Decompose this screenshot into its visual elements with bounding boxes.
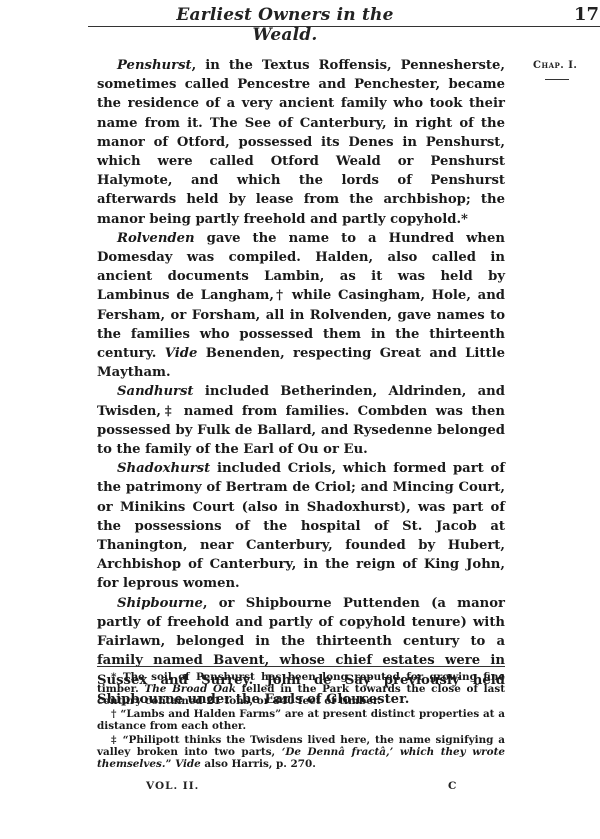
running-title: Earliest Owners in the Weald. xyxy=(150,5,420,45)
sheet-signature: C xyxy=(448,780,456,792)
paragraph-penshurst: Penshurst, in the Textus Roffensis, Penn… xyxy=(97,56,505,229)
place-name: Penshurst xyxy=(117,58,192,73)
body-text: Penshurst, in the Textus Roffensis, Penn… xyxy=(97,56,505,709)
paragraph-shadoxhurst: Shadoxhurst included Criols, which forme… xyxy=(97,459,505,593)
volume-signature: VOL. II. xyxy=(146,780,199,792)
place-name: Shadoxhurst xyxy=(117,461,210,476)
header-rule xyxy=(88,26,600,27)
footnotes: * The soil of Penshurst has been long re… xyxy=(97,672,505,772)
paragraph-rolvenden: Rolvenden gave the name to a Hundred whe… xyxy=(97,229,505,383)
place-name: Shipbourne xyxy=(117,596,203,611)
chapter-margin-note: Chap. I. xyxy=(533,60,577,71)
place-name: Sandhurst xyxy=(117,384,194,399)
footnote-double-dagger: ‡ “Philipott thinks the Twisdens lived h… xyxy=(97,735,505,770)
page-number: 17 xyxy=(574,4,599,25)
footnote-asterisk: * The soil of Penshurst has been long re… xyxy=(97,672,505,707)
place-name: Rolvenden xyxy=(117,231,195,246)
paragraph-sandhurst: Sandhurst included Betherinden, Aldrinde… xyxy=(97,382,505,459)
footnote-dagger: † “Lambs and Halden Farms” are at presen… xyxy=(97,709,505,733)
footnote-rule xyxy=(97,666,505,667)
chapter-rule xyxy=(545,79,569,80)
